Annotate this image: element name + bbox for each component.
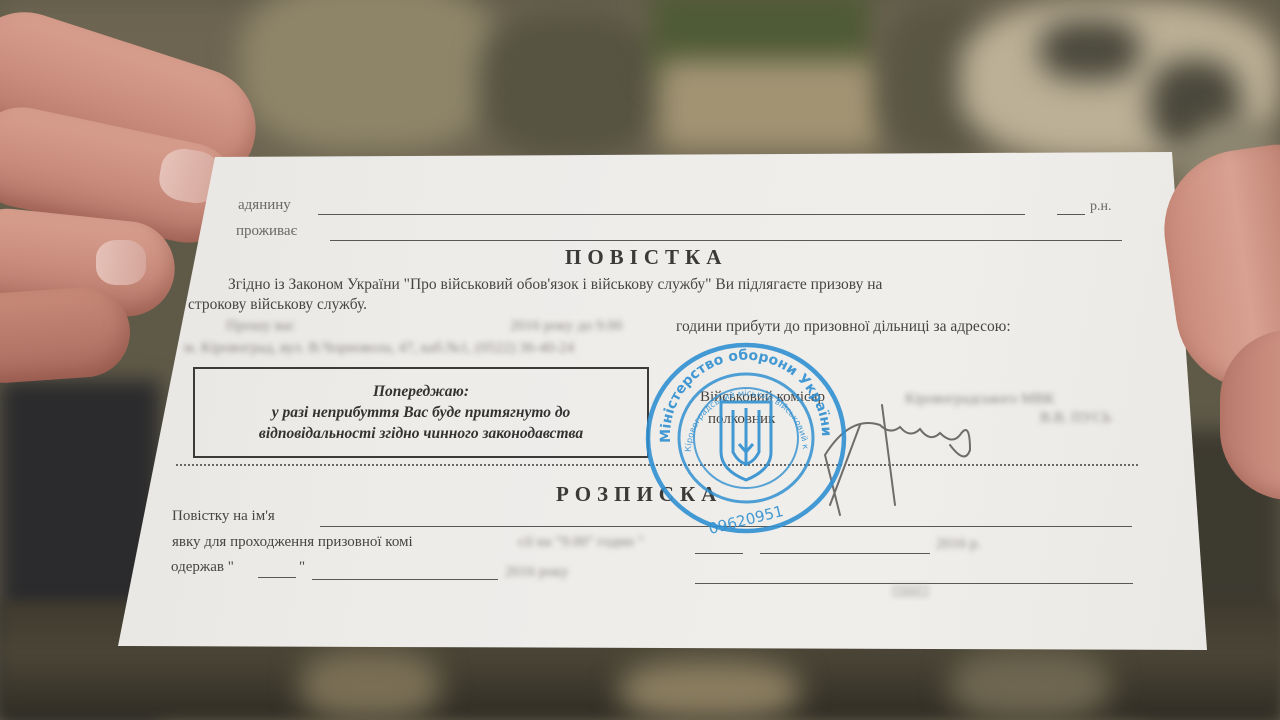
redacted-address: м. Кіровоград, вул. В.Чорновола, 47, каб…	[184, 340, 574, 357]
warning-box: Попереджаю: у разі неприбуття Вас буде п…	[193, 367, 649, 458]
birth-year-suffix: р.н.	[1090, 199, 1112, 215]
official-stamp: Міністерство оборони України Кіровоградс…	[643, 340, 849, 536]
warning-line-2: відповідальності згідно чинного законода…	[195, 423, 647, 444]
receipt-month-line	[760, 553, 930, 554]
residence-line	[330, 240, 1122, 241]
redacted-received-year: 2016 року	[505, 564, 568, 581]
birth-year-line	[1057, 214, 1085, 215]
trident-emblem-icon	[721, 402, 771, 480]
residence-label: проживає	[236, 223, 297, 240]
body-line-1: Згідно із Законом України "Про військови…	[228, 276, 882, 294]
body-line-3: години прибути до призовної дільниці за …	[676, 318, 1011, 336]
body-line-2: строкову військову службу.	[188, 296, 367, 314]
redacted-text: Прошу вас	[226, 318, 295, 335]
received-month-line	[312, 579, 498, 580]
receipt-name-label: Повістку на ім'я	[172, 508, 275, 525]
redacted-signatory-name: В.В. ПУСЬ	[1040, 410, 1111, 427]
draft-notice: адянину р.н. проживає ПОВІСТКА Згідно із…	[0, 0, 1280, 720]
notice-title: ПОВІСТКА	[565, 245, 727, 270]
received-quote: "	[299, 559, 305, 576]
receipt-signature-line	[695, 583, 1133, 584]
receipt-appearance-label: явку для проходження призовної комі	[172, 534, 413, 551]
redacted-appearance-time: сії на "9.00" годин "	[518, 534, 644, 551]
receipt-day-line	[695, 553, 743, 554]
warning-line-1: у разі неприбуття Вас буде притягнуто до	[195, 402, 647, 423]
citizen-label: адянину	[238, 197, 291, 214]
received-day-line	[258, 577, 296, 578]
received-label: одержав "	[171, 559, 234, 576]
citizen-name-line	[318, 214, 1025, 215]
warning-title: Попереджаю:	[195, 381, 647, 402]
redacted-year: 2016 р.	[936, 536, 981, 553]
redacted-date: 2016 року до 9.00	[510, 318, 622, 335]
signature-caption: (підпис)	[893, 586, 928, 596]
